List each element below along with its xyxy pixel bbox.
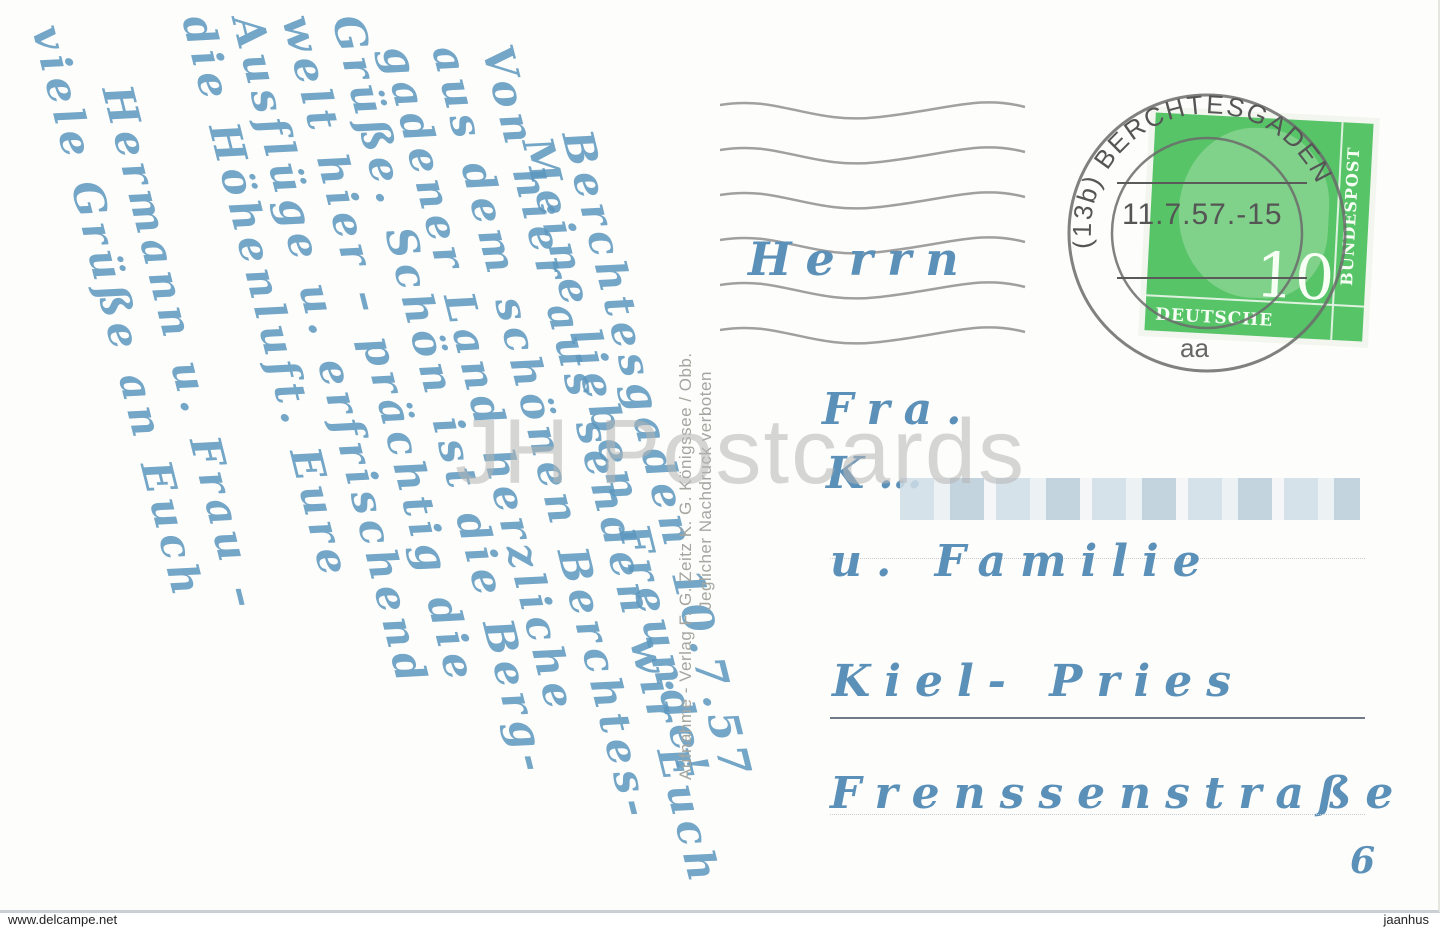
- seller-name: jaanhus: [1383, 912, 1429, 927]
- address-title: Fra.: [822, 384, 975, 435]
- postmark-code: aa: [1180, 333, 1209, 364]
- postcard-back: Berchtesgaden 10.7.57 Meine lieben Freun…: [0, 0, 1440, 913]
- address-city: Kiel- Pries: [832, 656, 1245, 707]
- address-salutation: Herrn: [748, 232, 973, 286]
- source-link[interactable]: www.delcampe.net: [8, 912, 117, 927]
- postmark-date: 11.7.57.-15: [1122, 198, 1283, 232]
- publisher-line: Jeglicher Nachdruck verboten: [696, 352, 716, 780]
- redacted-name-blur: [900, 478, 1360, 520]
- address-family: u. Familie: [830, 536, 1215, 587]
- publisher-imprint: Aufnahme - Verlag F. G. Zeitz K. G. Köni…: [676, 352, 716, 780]
- publisher-line: Aufnahme - Verlag F. G. Zeitz K. G. Köni…: [676, 352, 696, 780]
- address-street: Frenssenstraße: [830, 768, 1407, 819]
- address-number: 6: [1350, 840, 1389, 882]
- cancellation-waves-icon: [720, 95, 1030, 365]
